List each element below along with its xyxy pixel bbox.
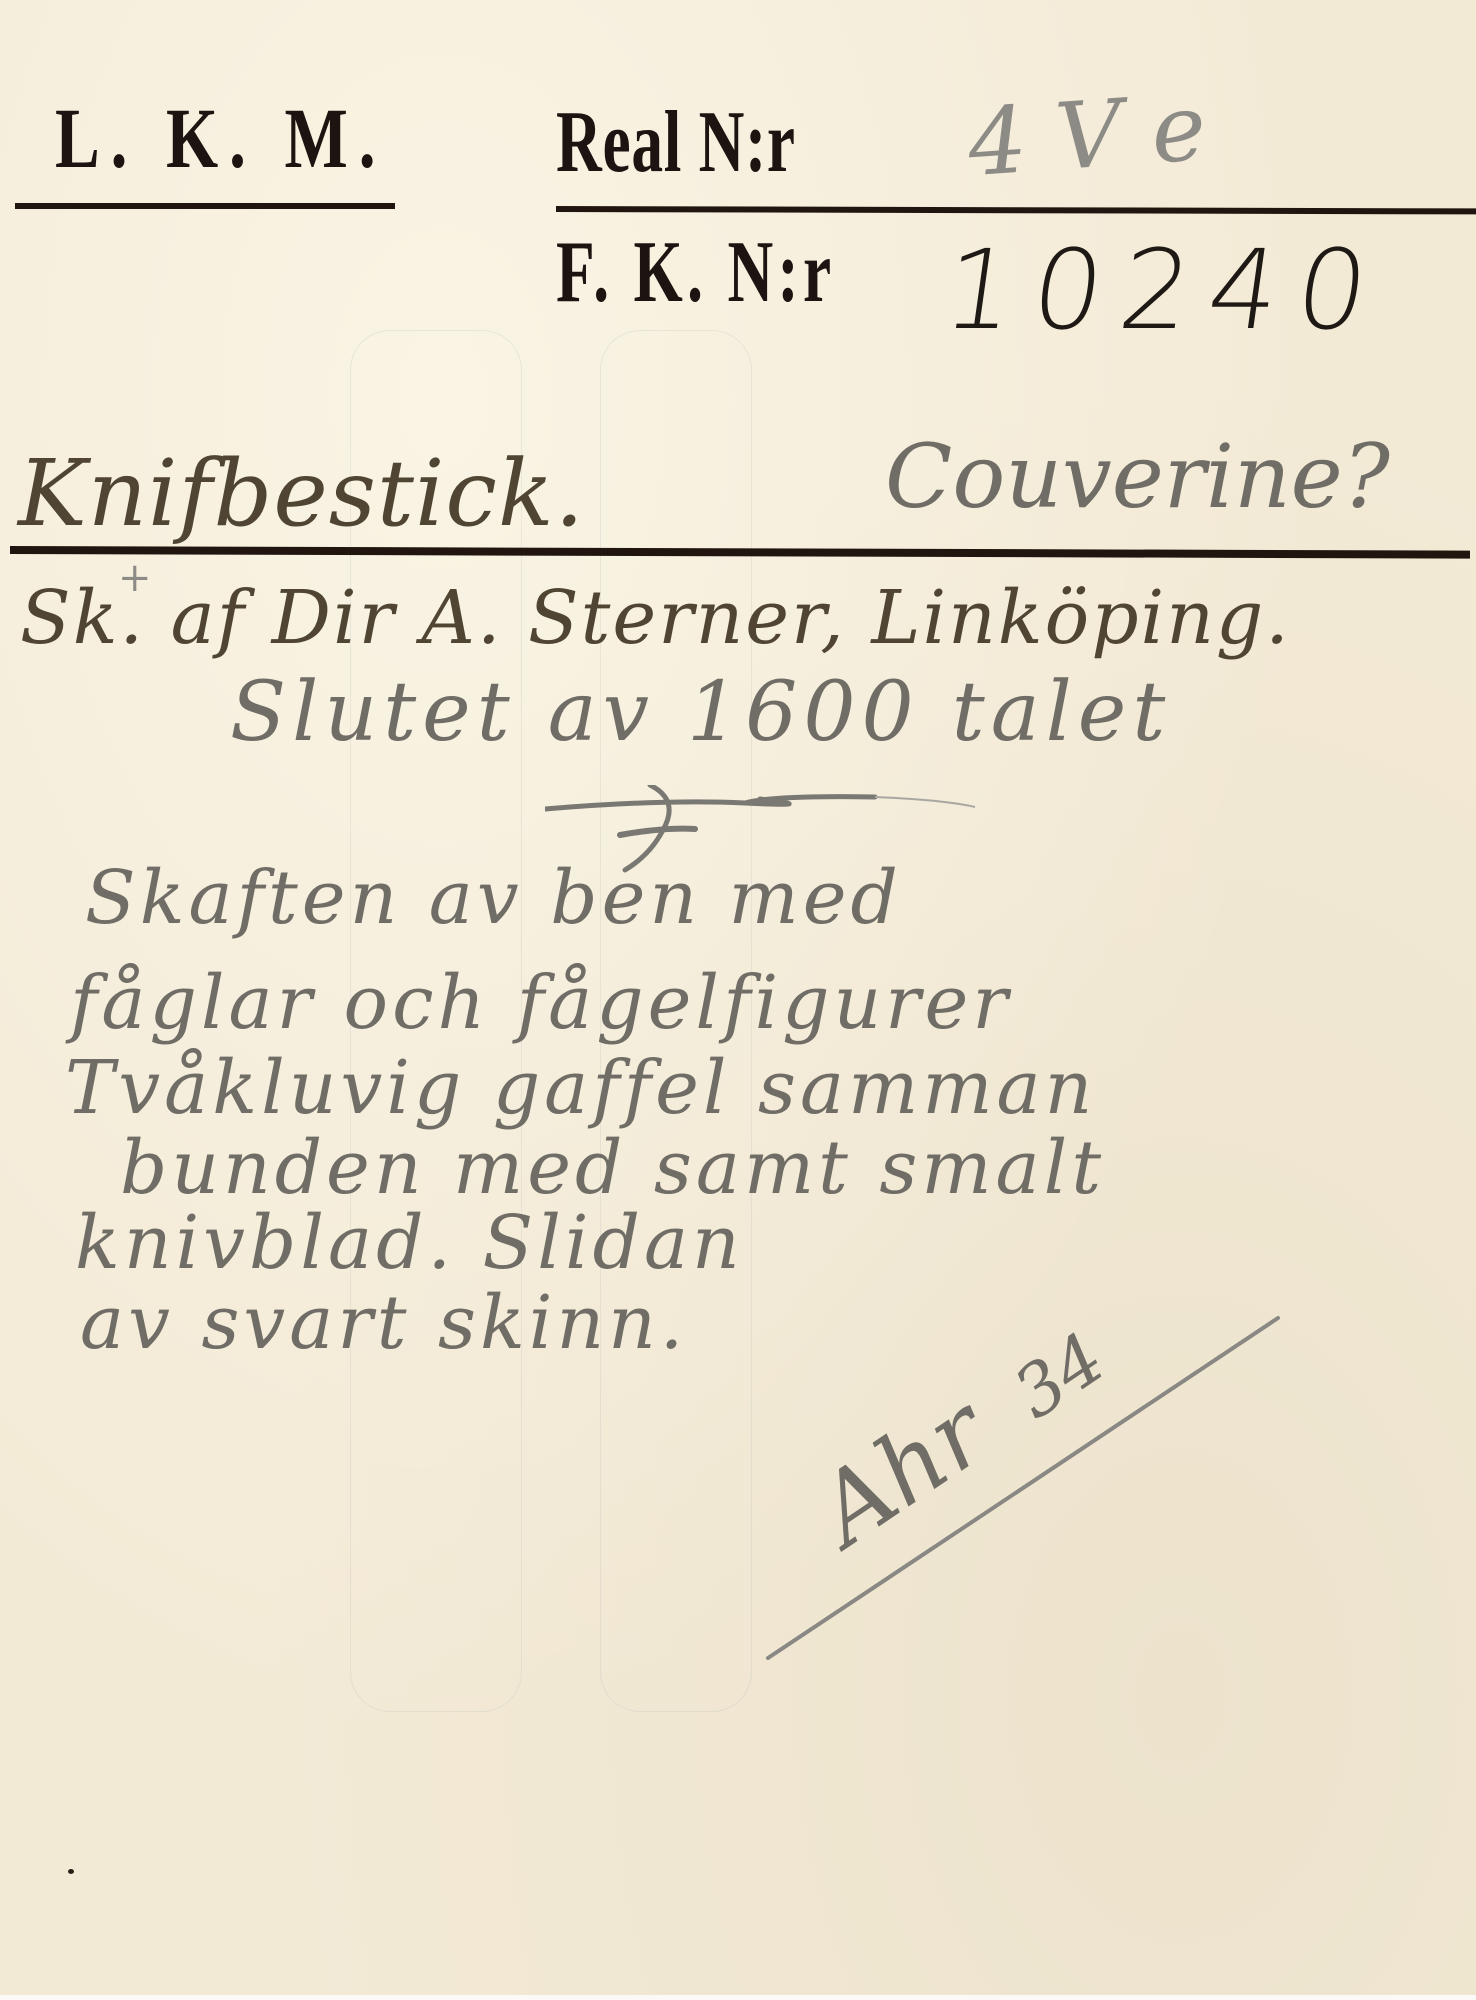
- catalog-card: L. K. M. Real N:r 4 V e F. K. N:r 10240 …: [0, 0, 1476, 1995]
- fk-number-value: 10240: [936, 226, 1394, 354]
- description-line: knivblad. Slidan: [75, 1200, 744, 1286]
- ink-speck: [68, 1869, 74, 1874]
- donor-line: Sk. af Dir A. Sterner, Linköping.: [20, 575, 1291, 661]
- description-line: Skaften av ben med: [85, 855, 902, 941]
- page-edge: [0, 1995, 1476, 2000]
- description-line: bunden med samt smalt: [120, 1125, 1105, 1211]
- object-title: Knifbestick.: [18, 440, 585, 547]
- description-line: fåglar och fågelfigurer: [70, 960, 1012, 1046]
- institution-label: L. K. M.: [55, 88, 386, 188]
- real-number-value: 4 V e: [965, 74, 1210, 197]
- real-number-label: Real N:r: [556, 92, 796, 193]
- description-line: av svart skinn.: [80, 1280, 687, 1366]
- description-line: Tvåkluvig gaffel samman: [65, 1045, 1096, 1131]
- dating-line: Slutet av 1600 talet: [230, 665, 1171, 760]
- fk-number-label: F. K. N:r: [556, 222, 835, 323]
- header-rule-left: [15, 203, 395, 209]
- header-rule-right: [556, 206, 1476, 214]
- object-title-note: Couverine?: [885, 425, 1390, 528]
